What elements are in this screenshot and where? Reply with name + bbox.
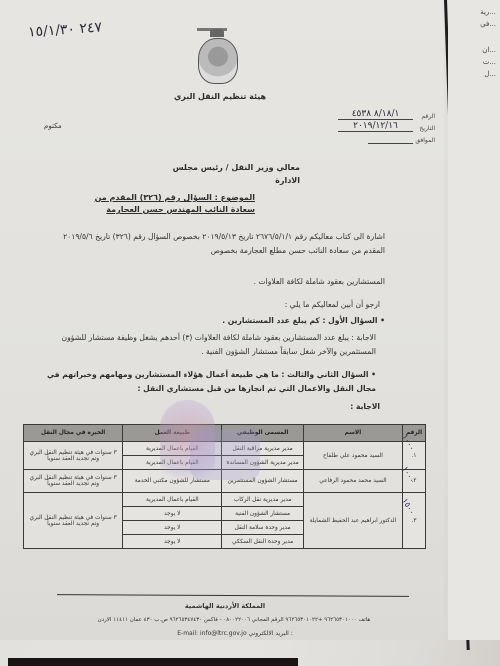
photo-bottom-edge	[8, 658, 298, 666]
footer-email-label: البريد الالكتروني :	[249, 630, 293, 637]
watermark-overlay	[190, 430, 260, 480]
organization-name: هيئة تنظيم النقل البري	[170, 92, 270, 101]
row3-work-4: لا يوجد	[123, 535, 222, 549]
row3-title-2: مستشار الشؤون الفنية	[222, 507, 303, 521]
subject-line-2: سعادة النائب المهندس حسن العجارمة	[55, 204, 255, 216]
adjacent-fragment: ...رية	[452, 8, 496, 16]
subject-line-1: الموضوع : السؤال رقم (٣٢٦) المقدم من	[55, 192, 255, 204]
row3-title-4: مدير وحدة النقل السككي	[222, 535, 303, 549]
answer-1: الاجابة : يبلغ عدد المستشارين بعقود شامل…	[36, 331, 376, 359]
row3-work-3: لا يوجد	[123, 521, 222, 535]
reference-block: الرقم ٨/١٨/١ ٤٥٣٨ التاريخ ٢٠١٩/١٢/١٦ الم…	[330, 108, 435, 144]
footer-title: المملكة الأردنية الهاشمية	[150, 602, 300, 610]
paragraph-reference: اشارة الى كتاب معاليكم رقم ٢٦٧٦/٥/١/١ تا…	[60, 230, 385, 258]
question-2: • السؤال الثاني والثالث : ما هي طبيعة أع…	[36, 368, 376, 396]
reference-corresponding-label: الموافق	[417, 137, 435, 144]
row2-number: ٢.	[403, 470, 426, 493]
row2-name: السيد محمد محمود الرفاعي	[303, 470, 402, 493]
reference-date-row: التاريخ ٢٠١٩/١٢/١٦	[330, 120, 435, 132]
row3-work-1: القيام باعمال المديرية	[123, 493, 222, 507]
answer-2-label: الاجابة :	[260, 400, 380, 413]
adjacent-page: ...رية ...في ...ان ...ت ...ل	[448, 0, 500, 640]
row3-name: الدكتور ابراهيم عبد الحفيظ الشمايلة	[303, 493, 402, 549]
paragraph-reference-cont: المستشارين بعقود شاملة لكافة العلاوات .	[60, 275, 385, 288]
header-number: الرقم	[403, 425, 426, 442]
row3-number: ٣.	[403, 493, 426, 549]
row3-work-2: لا يوجد	[123, 507, 222, 521]
handwritten-note: ٢٤٧ ١٥/١/٣٠	[28, 19, 103, 40]
footer-divider	[57, 594, 409, 597]
row3-experience: ٣ سنوات في هيئة تنظيم النقل البري وتم تج…	[24, 493, 123, 549]
letter-page: ٢٤٧ ١٥/١/٣٠ هيئة تنظيم النقل البري الرقم…	[0, 0, 444, 640]
reference-date-value: ٢٠١٩/١٢/١٦	[338, 121, 413, 132]
reference-date-label: التاريخ	[417, 125, 435, 132]
subject: الموضوع : السؤال رقم (٣٢٦) المقدم من سعا…	[55, 192, 255, 216]
adjacent-fragment: ...ت	[452, 58, 496, 66]
table-row: ٣. الدكتور ابراهيم عبد الحفيظ الشمايلة م…	[24, 493, 426, 507]
question-1-text: السؤال الأول : كم يبلغ عدد المستشارين .	[222, 316, 377, 325]
header-name: الاسم	[303, 425, 402, 442]
row2-experience: ٣ سنوات في هيئة تنظيم النقل البري وتم تج…	[24, 470, 123, 493]
reference-corresponding-value	[368, 143, 413, 144]
row3-title-3: مدير وحدة سلامة النقل	[222, 521, 303, 535]
adjacent-fragment: ...ل	[452, 70, 496, 78]
footer-email: E-mail: info@ltrc.gov.jo البريد الالكترو…	[150, 630, 320, 637]
row1-experience: ٣ سنوات في هيئة تنظيم النقل البري وتم تج…	[24, 442, 123, 470]
row3-title-1: مدير مديرية نقل الركاب	[222, 493, 303, 507]
adjacent-fragment: ...ان	[452, 46, 496, 54]
reference-corresponding-row: الموافق	[330, 132, 435, 144]
row1-name: السيد محمود علي طلفاح	[303, 442, 402, 470]
question-2-text: السؤال الثاني والثالث : ما هي طبيعة أعما…	[47, 370, 376, 393]
crown-icon	[210, 29, 224, 37]
question-1: • السؤال الأول : كم يبلغ عدد المستشارين …	[60, 314, 385, 327]
classification-label: مكتوم	[44, 122, 62, 130]
reference-number-row: الرقم ٨/١٨/١ ٤٥٣٨	[330, 108, 435, 120]
adjacent-fragment: ...في	[452, 20, 496, 28]
header-experience: الخبرة في مجال النقل	[24, 425, 123, 442]
reference-number-label: الرقم	[417, 113, 435, 120]
reference-number-value: ٨/١٨/١ ٤٥٣٨	[338, 109, 413, 120]
coat-of-arms-icon	[198, 38, 238, 84]
footer-contact: هاتف ٩٦٢٦٥٣٠١٠٠٠ +٩٦٢٦٥٣٠١٠٢٢ الرقم المج…	[55, 617, 413, 623]
addressee: معالي وزير النقل / رئيس مجلس الادارة	[150, 161, 300, 187]
paragraph-intro: ارجو أن أبين لمعاليكم ما يلي :	[60, 298, 380, 311]
footer-email-value: E-mail: info@ltrc.gov.jo	[177, 630, 246, 637]
row1-number: ١.	[403, 442, 426, 470]
